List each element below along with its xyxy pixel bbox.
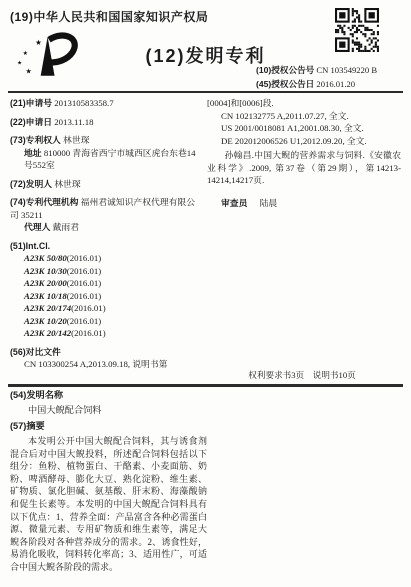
patent-office-name: (19)中华人民共和国国家知识产权局	[10, 8, 208, 25]
address-label: 地址	[24, 148, 42, 158]
section-divider	[8, 384, 403, 387]
title-abstract-section: (54)发明名称 中国大鲵配合饲料 (57)摘要 本发明公开中国大鲵配合饲料，其…	[10, 389, 401, 574]
intcl-year: (2016.01)	[67, 316, 101, 326]
abstract-label: (57)摘要	[10, 420, 401, 433]
intcl-code-row: A23K 10/20(2016.01)	[10, 315, 203, 328]
biblio-right-column: [0004]和[0006]段. CN 102132775 A,2011.07.2…	[207, 97, 401, 209]
non-patent-reference: 孙翰昌.中国大鲵的营养需求与饲料.《安徽农业科学》.2009, 第37卷（第29…	[207, 149, 401, 187]
intcl-code-row: A23K 50/80(2016.01)	[10, 252, 203, 265]
reference-line: CN 102132775 A,2011.07.27, 全文.	[207, 110, 401, 123]
header-divider	[8, 91, 403, 93]
patentee-row: (73)专利权人 林世琛 地址 810000 青海省西宁市城西区虎台东巷14号5…	[10, 134, 203, 172]
publication-block: (10)授权公告号 CN 103549220 B (45)授权公告日 2016.…	[256, 64, 377, 91]
intcl-year: (2016.01)	[67, 291, 101, 301]
intcl-code-row: A23K 10/18(2016.01)	[10, 290, 203, 303]
application-number-value: 201310583358.7	[54, 98, 113, 108]
examiner-label: 审查员	[221, 198, 247, 208]
intcl-code-row: A23K 20/174(2016.01)	[10, 302, 203, 315]
agent-row: 代理人 戴雨君	[10, 221, 203, 234]
intcl-code-row: A23K 10/30(2016.01)	[10, 265, 203, 278]
reference-line: [0004]和[0006]段.	[207, 97, 401, 110]
patentee-value: 林世琛	[63, 135, 89, 145]
application-date-value: 2013.11.18	[54, 117, 93, 127]
publication-number-line: (10)授权公告号 CN 103549220 B	[256, 64, 377, 78]
intcl-year: (2016.01)	[67, 266, 101, 276]
intcl-block: (51)Int.Cl. A23K 50/80(2016.01) A23K 10/…	[10, 240, 203, 340]
abstract-text: 本发明公开中国大鲵配合饲料，其与诱食剂混合后对中国大鲵投料，所述配合饲料包括以下…	[10, 435, 207, 574]
svg-text:★: ★	[25, 68, 31, 76]
examiner-name: 陆晨	[260, 198, 278, 208]
reference-line: US 2001/0018081 A1,2001.08.30, 全文.	[207, 122, 401, 135]
reference-line: CN 103300254 A,2013.09.18, 说明书第	[10, 358, 203, 371]
intcl-code-row: A23K 20/00(2016.01)	[10, 277, 203, 290]
publication-number-label: (10)授权公告号	[256, 65, 314, 75]
intcl-code: A23K 10/20	[24, 316, 67, 326]
application-number-label: (21)申请号	[10, 98, 52, 108]
biblio-left-column: (21)申请号 201310583358.7 (22)申请日 2013.11.1…	[10, 97, 203, 377]
agent-value: 戴雨君	[53, 222, 79, 232]
agent-label: 代理人	[24, 222, 50, 232]
intcl-code: A23K 50/80	[24, 253, 67, 263]
publication-date-line: (45)授权公告日 2016.01.20	[256, 78, 377, 92]
references-block: (56)对比文件 CN 103300254 A,2013.09.18, 说明书第	[10, 346, 203, 371]
reference-line: DE 202012006526 U1,2012.09.20, 全文.	[207, 135, 401, 148]
intcl-code: A23K 10/18	[24, 291, 67, 301]
agency-label: (74)专利代理机构	[10, 197, 78, 207]
inventor-row: (72)发明人 林世琛	[10, 178, 203, 191]
intcl-year: (2016.01)	[67, 253, 101, 263]
intcl-year: (2016.01)	[67, 278, 101, 288]
publication-number: CN 103549220 B	[316, 65, 377, 75]
address-value: 810000 青海省西宁市城西区虎台东巷14号552室	[24, 148, 196, 171]
invention-title: 中国大鲵配合饲料	[10, 404, 401, 417]
application-date-row: (22)申请日 2013.11.18	[10, 116, 203, 129]
application-number-row: (21)申请号 201310583358.7	[10, 97, 203, 110]
intcl-code: A23K 20/142	[24, 328, 71, 338]
intcl-label: (51)Int.Cl.	[10, 240, 203, 253]
patent-front-page: (19)中华人民共和国国家知识产权局 ★ ★ ★ ★ (12)发明专利 (10)…	[0, 0, 411, 587]
intcl-code: A23K 20/174	[24, 303, 71, 313]
pages-info: 权利要求书3页 说明书10页	[207, 369, 397, 381]
intcl-code: A23K 20/00	[24, 278, 67, 288]
publication-date: 2016.01.20	[316, 79, 355, 89]
patentee-label: (73)专利权人	[10, 135, 61, 145]
intcl-year: (2016.01)	[71, 303, 105, 313]
examiner-row: 审查员 陆晨	[207, 197, 401, 210]
agency-row: (74)专利代理机构 福州君诚知识产权代理有限公司 35211 代理人 戴雨君	[10, 196, 203, 234]
publication-date-label: (45)授权公告日	[256, 79, 314, 89]
intcl-code-row: A23K 20/142(2016.01)	[10, 327, 203, 340]
invention-title-label: (54)发明名称	[10, 389, 401, 402]
inventor-value: 林世琛	[54, 179, 80, 189]
inventor-label: (72)发明人	[10, 179, 52, 189]
references-label: (56)对比文件	[10, 346, 203, 359]
intcl-year: (2016.01)	[71, 328, 105, 338]
address-row: 地址 810000 青海省西宁市城西区虎台东巷14号552室	[10, 147, 203, 172]
application-date-label: (22)申请日	[10, 117, 52, 127]
intcl-code: A23K 10/30	[24, 266, 67, 276]
